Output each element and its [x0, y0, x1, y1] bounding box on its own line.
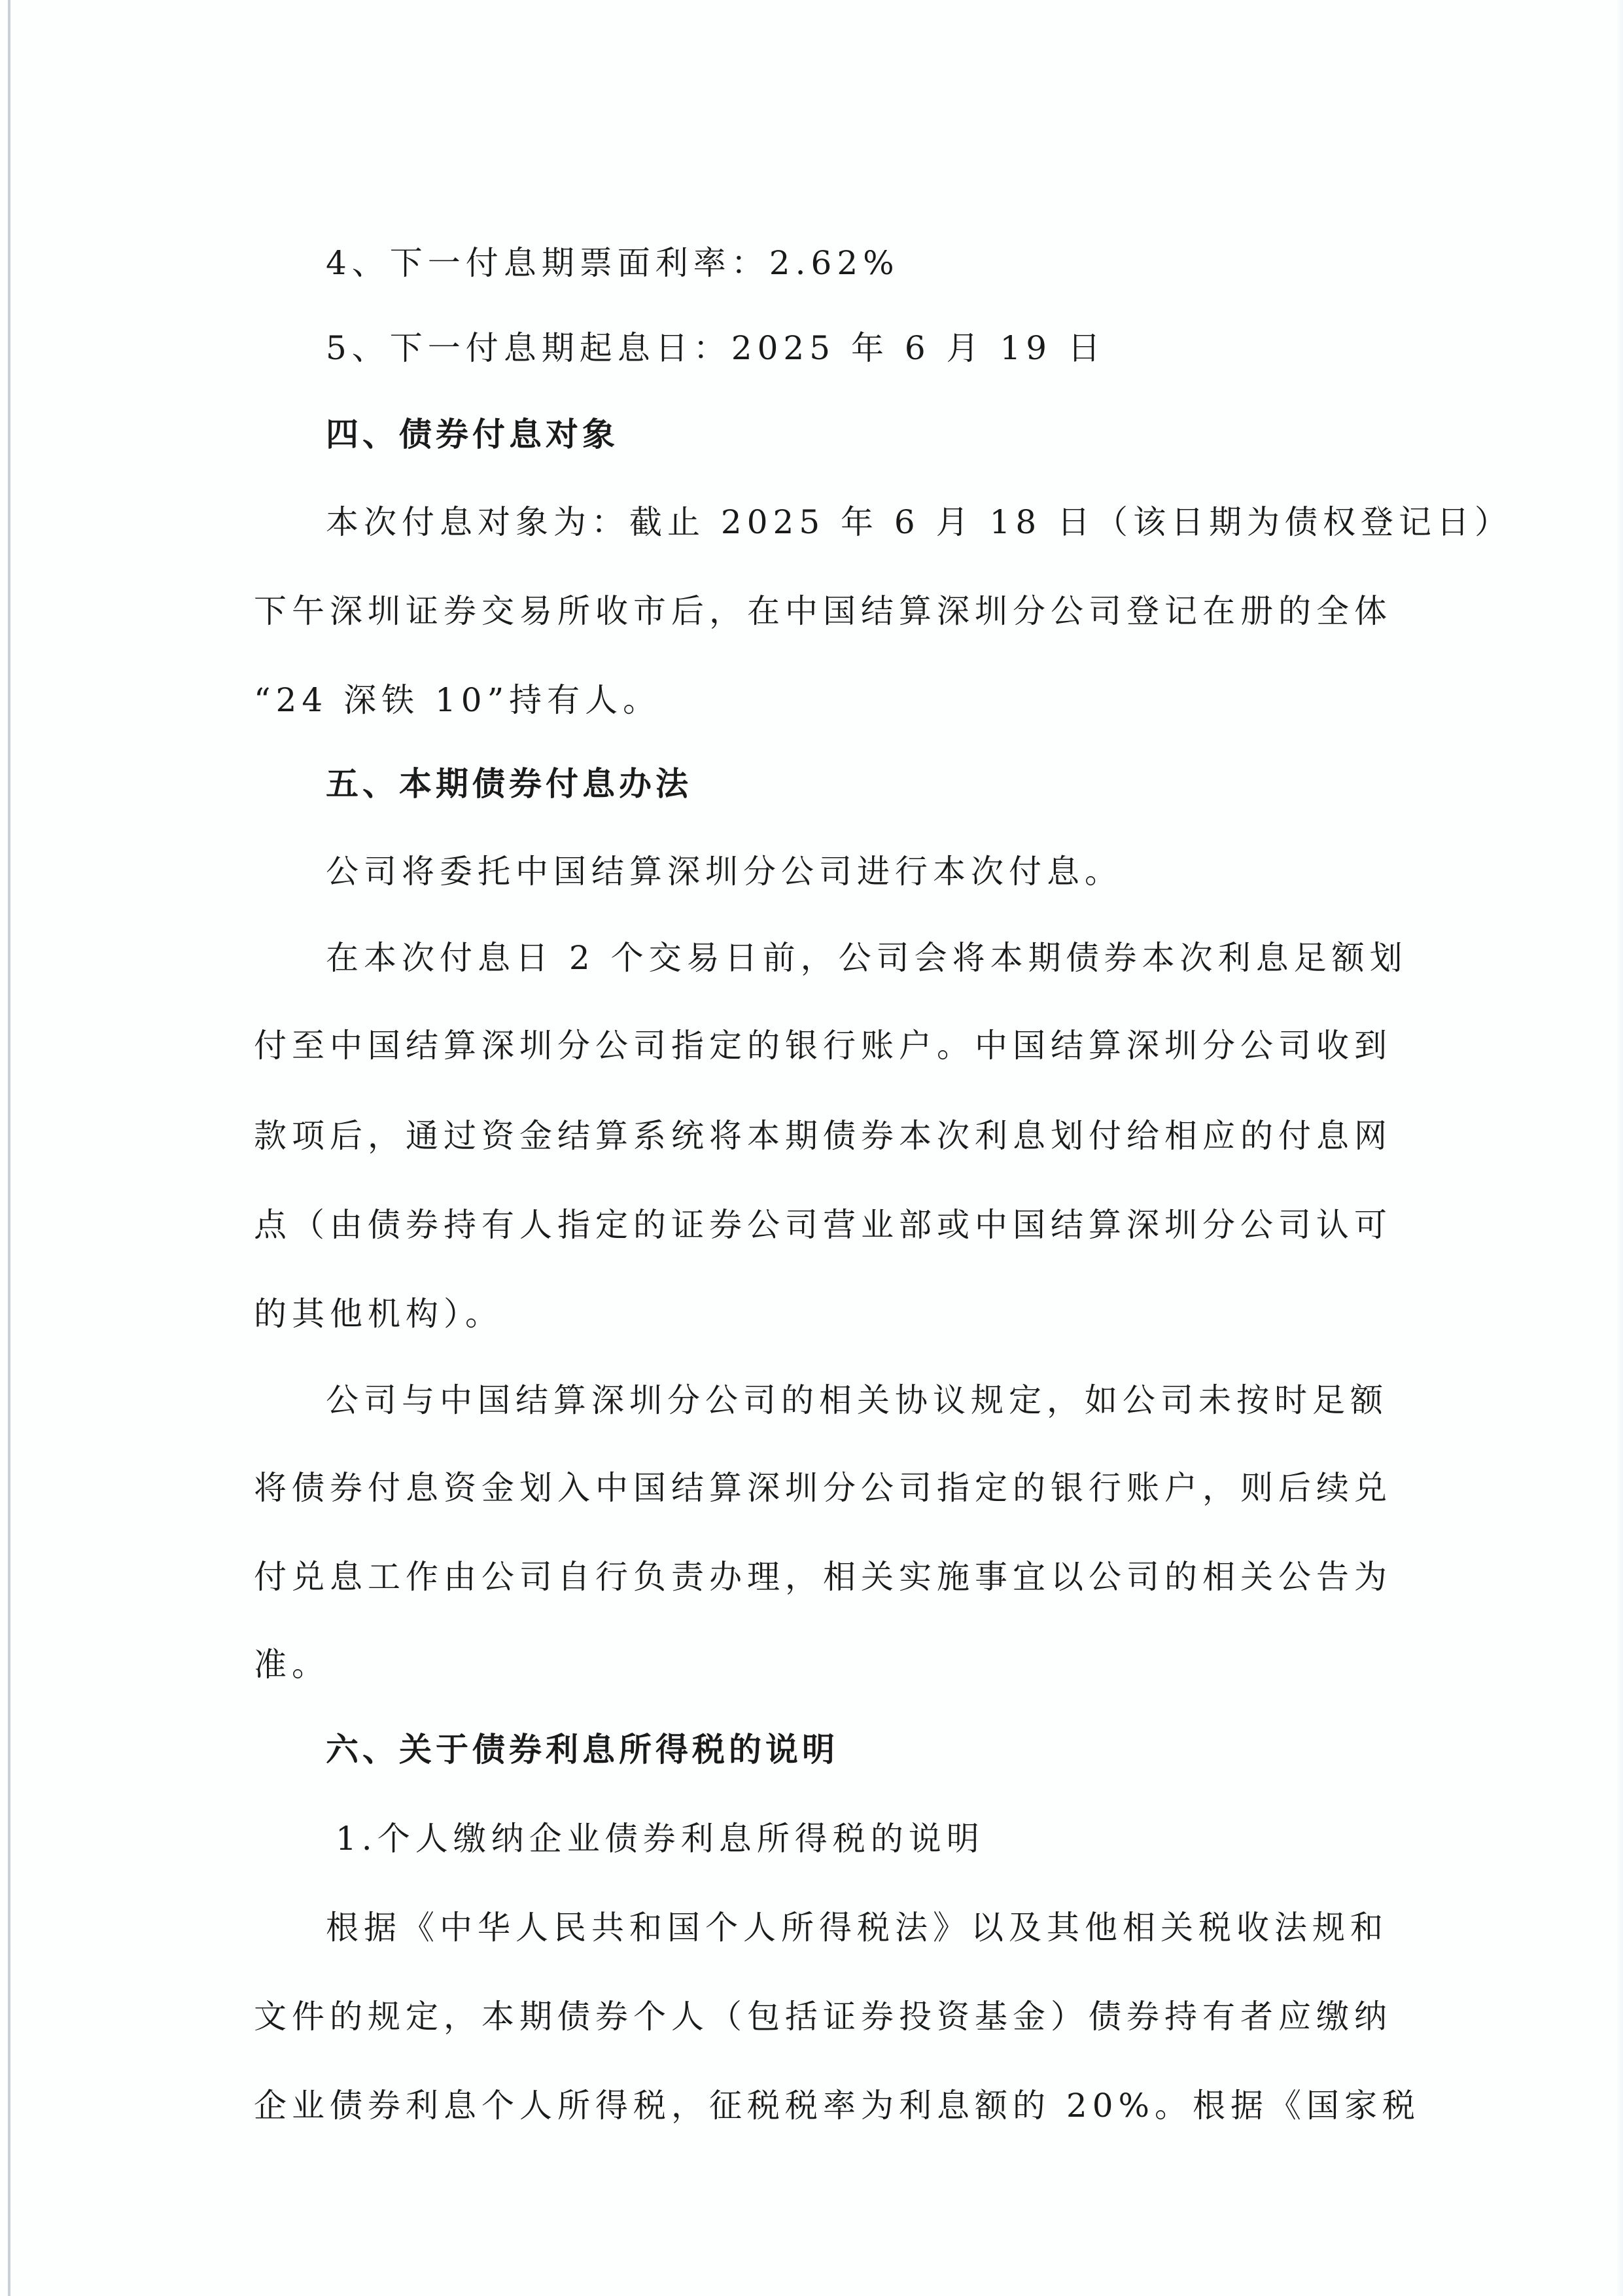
paragraph-line: 的其他机构）。: [254, 1293, 503, 1335]
scan-page-shadow: [1616, 0, 1623, 2296]
paragraph-line: 本次付息对象为：截止 2025 年 6 月 18 日（该日期为债权登记日）: [326, 501, 1386, 543]
list-item-coupon-rate: 4、下一付息期票面利率：2.62%: [326, 242, 899, 284]
paragraph-line: 付至中国结算深圳分公司指定的银行账户。中国结算深圳分公司收到: [254, 1025, 1386, 1067]
list-item-value-date: 5、下一付息期起息日：2025 年 6 月 19 日: [326, 327, 1106, 369]
paragraph-line: 根据《中华人民共和国个人所得税法》以及其他相关税收法规和: [326, 1907, 1386, 1949]
paragraph-line: 文件的规定，本期债券个人（包括证券投资基金）债券持有者应缴纳: [254, 1996, 1386, 2038]
paragraph-line: 付兑息工作由公司自行负责办理，相关实施事宜以公司的相关公告为: [254, 1556, 1386, 1598]
paragraph-line: 将债券付息资金划入中国结算深圳分公司指定的银行账户，则后续兑: [254, 1467, 1386, 1509]
paragraph-line: 公司将委托中国结算深圳分公司进行本次付息。: [326, 851, 1123, 892]
paragraph-line: 下午深圳证券交易所收市后，在中国结算深圳分公司登记在册的全体: [254, 590, 1386, 632]
subsection-heading-individual-tax: 1.个人缴纳企业债券利息所得税的说明: [336, 1818, 985, 1860]
section-heading-payment-target: 四、债券付息对象: [326, 414, 619, 455]
paragraph-line: 款项后，通过资金结算系统将本期债券本次利息划付给相应的付息网: [254, 1115, 1386, 1157]
paragraph-line: 公司与中国结算深圳分公司的相关协议规定，如公司未按时足额: [326, 1379, 1386, 1421]
paragraph-line: 在本次付息日 2 个交易日前，公司会将本期债券本次利息足额划: [326, 937, 1386, 979]
section-heading-income-tax: 六、关于债券利息所得税的说明: [326, 1729, 839, 1771]
section-heading-payment-method: 五、本期债券付息办法: [326, 763, 692, 805]
paragraph-line: 点（由债券持有人指定的证券公司营业部或中国结算深圳分公司认可: [254, 1204, 1386, 1246]
paragraph-line: “24 深铁 10”持有人。: [254, 679, 661, 721]
scan-page-edge: [8, 0, 10, 2296]
paragraph-line: 企业债券利息个人所得税，征税税率为利息额的 20%。根据《国家税: [254, 2085, 1386, 2127]
paragraph-line: 准。: [254, 1644, 330, 1686]
